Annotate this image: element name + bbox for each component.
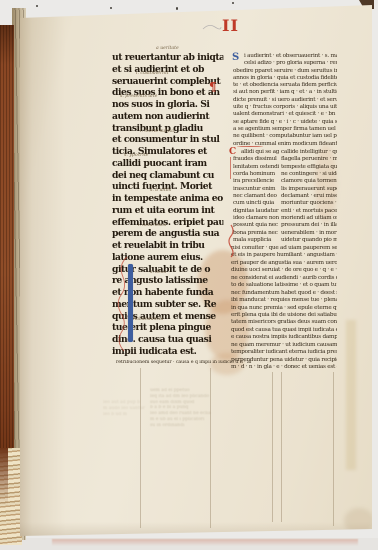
manuscript-photo: II ut reuertantur ab iniqtaet si audieri… bbox=[0, 0, 378, 550]
page-bottom-shadow bbox=[52, 539, 358, 546]
interlinear-gloss: a ueritate bbox=[156, 46, 179, 51]
red-paraph-icon: ¶ bbox=[209, 80, 217, 94]
text-line: uidetur quando pio morte fit bbox=[281, 237, 337, 244]
text-line: dicte prenuit · si uero audierint · et s… bbox=[233, 97, 337, 104]
text-line: ne contingere · si uident ultra bbox=[281, 171, 337, 178]
text-line: su in ordinandi bbox=[150, 423, 262, 429]
text-line: callidi puocant iram bbox=[112, 158, 223, 170]
text-line: rum et uita eorum int bbox=[112, 205, 223, 217]
dust-speck bbox=[36, 5, 38, 7]
gloss-column-mid-right: callide intelligitur · que si adflagella… bbox=[281, 149, 337, 244]
show-through-text: leo aut ad pup bm audo leo uanturleo b u… bbox=[103, 400, 165, 417]
gloss-column-bottom: nisi conuiter · que ad uiam pauperem seq… bbox=[231, 245, 337, 371]
page-stack-dark-edge bbox=[0, 448, 8, 506]
show-through-text: uem ad el ppetuoleq ita ad dm leo plican… bbox=[150, 388, 262, 429]
text-line: celsi adizo · pro gloria superna · reuer… bbox=[233, 60, 337, 67]
page-bottom-inner-shade bbox=[20, 522, 372, 538]
text-line: uenerabilem · in morte quia bbox=[281, 230, 337, 237]
pencil-mark bbox=[202, 21, 222, 33]
ruling-line bbox=[333, 372, 334, 526]
text-line: possunt quia nec bbox=[233, 222, 279, 229]
text-line: te · et obediencia seruata fidem perfici… bbox=[233, 82, 337, 89]
text-line: nec fundamentum habet quod e · deest sub… bbox=[231, 290, 337, 297]
interlinear-gloss: s. habundancia bbox=[128, 317, 163, 322]
text-line: cum uincti quia bbox=[233, 200, 279, 207]
red-underline bbox=[237, 145, 263, 147]
text-line: temporaliter iudicant eterna iudicia pre… bbox=[231, 349, 337, 356]
text-line: declamant · erui miseria que bbox=[281, 193, 337, 200]
text-line: dei neq clamabunt cu bbox=[112, 170, 223, 182]
text-line: callide intelligitur · que si ad bbox=[281, 149, 337, 156]
text-line: autem non audierint bbox=[112, 111, 223, 123]
interlinear-gloss: s. deus bbox=[150, 270, 166, 275]
dust-speck bbox=[110, 7, 112, 9]
text-line: et eis in paupere humiliant · angustiam … bbox=[231, 252, 337, 259]
text-line: tempeste effigiata quia effemi bbox=[281, 164, 337, 171]
red-flourish-tail bbox=[230, 157, 231, 179]
text-line: effeminatos. eripiet pau bbox=[112, 217, 223, 229]
gloss-column-top: i audierint · et obseruauerint · s. mand… bbox=[233, 53, 337, 148]
text-line: perpenduntur pena uidetur · quia recipie… bbox=[231, 357, 337, 364]
text-line: et reuelabit in tribu bbox=[112, 240, 223, 252]
text-line: ideo clamare non bbox=[233, 215, 279, 222]
text-line: nos suos in gloria. Si bbox=[112, 99, 223, 111]
text-line: obedire pparet seruire · dum seruitus in… bbox=[233, 68, 337, 75]
interlinear-gloss: i. luxuriosos bbox=[138, 223, 166, 228]
running-header-numeral: II bbox=[222, 16, 239, 35]
text-line: uite q · fructus corporis · aliquis una … bbox=[233, 104, 337, 111]
interlinear-gloss: i. morte subita bbox=[140, 129, 174, 134]
text-line: et consumentur in stul bbox=[112, 134, 223, 146]
text-line: ne quam meremur · ut iudicium causamque … bbox=[231, 342, 337, 349]
text-line: moriendi ad uitiam ordinem bbox=[281, 215, 337, 222]
text-line: mala supplicia bbox=[233, 237, 279, 244]
interlinear-gloss: i. custodierint bbox=[136, 71, 169, 76]
text-line: m · d · n · in gla · e · donec et uenias… bbox=[231, 364, 337, 371]
text-line: erit plena quia ibi de uisione dei satia… bbox=[231, 312, 337, 319]
text-line: diuine uoci seruiat · de ore quo e · q ·… bbox=[231, 267, 337, 274]
book-cover-edge bbox=[0, 25, 14, 478]
text-line: e causa nostra impiis iudicantibus dampn… bbox=[231, 334, 337, 341]
text-line: fraudes dissimul bbox=[233, 156, 279, 163]
interlinear-gloss: s. ypocrite bbox=[124, 153, 148, 158]
text-line: in tempestate anima eo bbox=[112, 193, 223, 205]
text-line: pressuram dei · in illam unde bbox=[281, 222, 337, 229]
text-line: ualent demonstrari · et quiescit · e · b… bbox=[233, 111, 337, 118]
text-line: ne quilibent · computabuntur iam uel pos… bbox=[233, 133, 337, 140]
text-line: nisi conuiter · que ad uiam pauperem seq… bbox=[231, 245, 337, 252]
red-initial-c: C bbox=[229, 147, 236, 157]
ruling-line bbox=[140, 368, 141, 528]
text-line: irascuntur enim bbox=[233, 186, 279, 193]
text-line: annos in gloria · quia et custodia fidel… bbox=[233, 75, 337, 82]
dust-speck bbox=[232, 2, 234, 4]
fore-edge-streak bbox=[346, 320, 356, 470]
text-line: lis imperauerunt superbie bbox=[281, 186, 337, 193]
text-line: quod est causa tua quasi impii iudicata … bbox=[231, 327, 337, 334]
gloss-column-mid-left: allidi qui se agerefraudes dissimullenit… bbox=[233, 149, 279, 244]
text-line: corda hominum bbox=[233, 171, 279, 178]
interlinear-gloss: s. presentis uite bbox=[120, 94, 157, 99]
text-line: a se agentium semper firma tamen uel pos… bbox=[233, 126, 337, 133]
text-line: perem de angustia sua bbox=[112, 228, 223, 240]
dust-speck bbox=[176, 7, 178, 10]
blue-initial-s: S bbox=[232, 52, 239, 63]
ruling-line bbox=[272, 372, 273, 522]
text-line: in qua nunc premia · sed epule eterne qu… bbox=[231, 305, 337, 312]
text-line: si aut non perfit · iam q · et · a · in … bbox=[233, 89, 337, 96]
text-line: flagella peruenire · morientur bbox=[281, 156, 337, 163]
interlinear-gloss: s. a uitiis bbox=[150, 188, 171, 193]
text-line: eri pauper de angustia sua · aurem uero … bbox=[231, 260, 337, 267]
corner-stain bbox=[344, 508, 374, 534]
text-line: bona premia nec bbox=[233, 230, 279, 237]
text-line: leo b ud m bbox=[103, 412, 165, 418]
parchment-page: II ut reuertantur ab iniqtaet si audieri… bbox=[20, 5, 372, 538]
text-line: se aptare fide q · e · i · c · uidete · … bbox=[233, 119, 337, 126]
text-line: seruauerint complebut bbox=[112, 76, 223, 88]
text-line: ira precellencie bbox=[233, 178, 279, 185]
text-line: ut reuertantur ab iniqta bbox=[112, 52, 223, 64]
text-line: allidi qui se agere bbox=[233, 149, 279, 156]
text-line: tatem misericors gratias deus suam conce… bbox=[231, 319, 337, 326]
text-line: i audierint · et obseruauerint · s. mand… bbox=[233, 53, 337, 60]
ruling-line bbox=[281, 372, 282, 522]
text-line: to de saluatione latissime · et o quam t… bbox=[231, 282, 337, 289]
text-line: lenitatem ostendit bbox=[233, 164, 279, 171]
red-flourish-icon bbox=[114, 255, 130, 355]
text-line: ne considerat ei audiendi · aurib cordis… bbox=[231, 275, 337, 282]
gutter-shade-on-page bbox=[20, 5, 66, 538]
text-line: nec clamant deo bbox=[233, 193, 279, 200]
text-line: ibi manducat · requies mense tue · plena… bbox=[231, 297, 337, 304]
red-paraph-squiggle-icon bbox=[226, 224, 236, 258]
text-line: enti · et mortuis pacem · e quod bbox=[281, 208, 337, 215]
text-line: clamore quia tormenta fide bbox=[281, 178, 337, 185]
text-line: dignitas laudatur bbox=[233, 208, 279, 215]
text-line: moriuntur quociens · diu constr bbox=[281, 200, 337, 207]
